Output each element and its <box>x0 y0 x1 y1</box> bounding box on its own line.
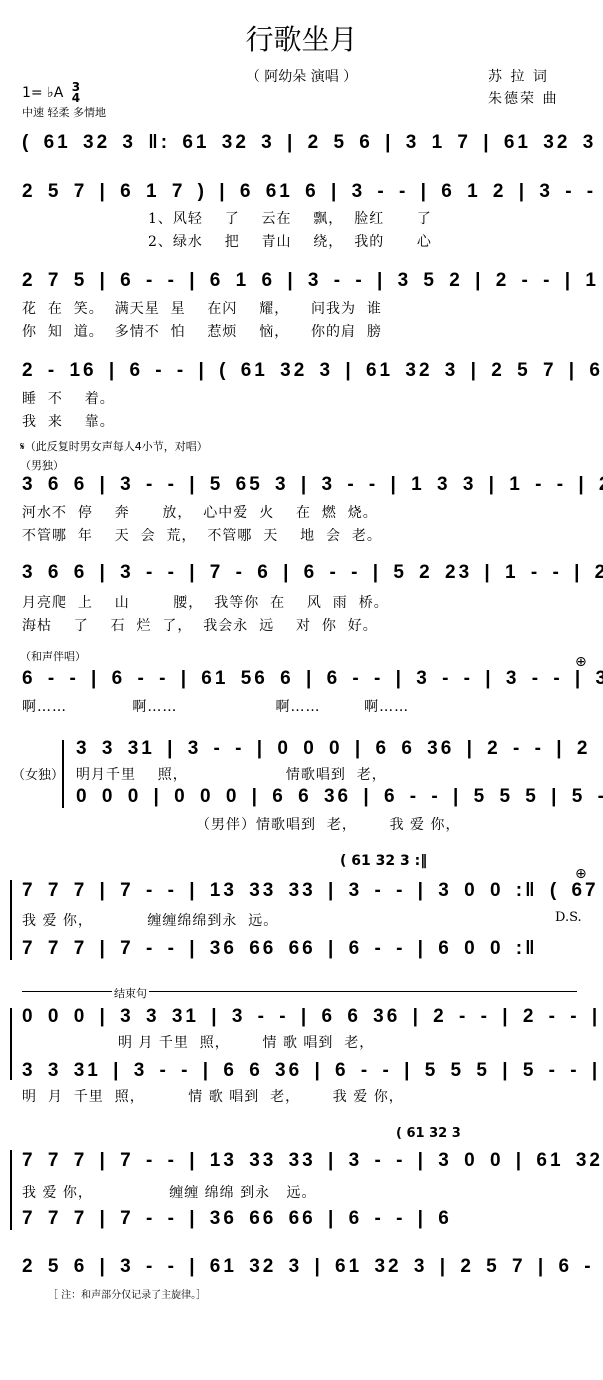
notes: 2 7 5 | 6 - - | 6 1 6 | 3 - - | 3 5 2 | … <box>22 270 593 292</box>
system-10-upper: 0 0 0 | 3 3 31 | 3 - - | 6 6 36 | 2 - - … <box>0 1006 603 1032</box>
song-title: 行歌坐月 <box>0 18 603 58</box>
composer: 朱德荣 曲 <box>488 88 558 108</box>
lyrics-verse-2: 海枯 了 石 烂 了， 我会永 远 对 你 好。 <box>22 615 378 635</box>
lyrics-lower: （男伴）情歌唱到 老， 我 爱 你， <box>196 814 461 834</box>
lyrics-verse-2: 你 知 道。 多情不 怕 惹烦 恼， 你的肩 膀 <box>22 321 382 341</box>
footnote: ［ 注：和声部分仅记录了主旋律。］ <box>48 1286 206 1301</box>
lyrics-upper: 我 爱 你， 缠缠 绵绵 到永 远。 <box>22 1182 316 1202</box>
system-6: 3 6 6 | 3 - - | 7 - 6 | 6 - - | 5 2 23 |… <box>0 562 603 588</box>
key: 1= ♭A <box>22 85 63 101</box>
system-8-lower: 0 0 0 | 0 0 0 | 6 6 36 | 6 - - | 5 5 5 |… <box>0 786 603 812</box>
lyricist: 苏 拉 词 <box>488 66 549 86</box>
system-10-lower: 3 3 31 | 3 - - | 6 6 36 | 6 - - | 5 5 5 … <box>0 1060 603 1086</box>
system-4: 2 - 16 | 6 - - | ( 61 32 3 | 61 32 3 | 2… <box>0 360 603 386</box>
system-9-lower: 7 7 7 | 7 - - | 36 66 66 | 6 - - | 6 0 0… <box>0 938 603 964</box>
notes: 3 3 31 | 3 - - | 6 6 36 | 6 - - | 5 5 5 … <box>22 1060 593 1082</box>
lyrics-verse-2: 不管哪 年 天 会 荒， 不管哪 天 地 会 老。 <box>22 525 382 545</box>
voice-label: （和声伴唱） <box>20 648 86 664</box>
key-signature: 1= ♭A 3 4 <box>22 82 80 104</box>
notes: 7 7 7 | 7 - - | 13 33 33 | 3 - - | 3 0 0… <box>22 880 593 902</box>
notes: 0 0 0 | 3 3 31 | 3 - - | 6 6 36 | 2 - - … <box>22 1006 593 1028</box>
lyrics-verse-2: 2、绿水 把 青山 绕， 我的 心 <box>148 231 432 251</box>
system-11-lower: 7 7 7 | 7 - - | 36 66 66 | 6 - - | 6 <box>0 1208 603 1234</box>
ossia: ( 61 32 3 <box>396 1126 461 1141</box>
notes: 7 7 7 | 7 - - | 36 66 66 | 6 - - | 6 <box>22 1208 593 1230</box>
system-1: ( 61 32 3 ‖: 61 32 3 | 2 5 6 | 3 1 7 | 6… <box>0 132 603 158</box>
notes: 3 6 6 | 3 - - | 7 - 6 | 6 - - | 5 2 23 |… <box>22 562 593 584</box>
lyrics-verse-1: 河水不 停 奔 放， 心中爱 火 在 燃 烧。 <box>22 502 378 522</box>
lyrics-lower: 明 月 千里 照， 情 歌 唱到 老， 我 爱 你， <box>22 1086 404 1106</box>
notes: 3 3 31 | 3 - - | 0 0 0 | 6 6 36 | 2 - - … <box>76 738 593 760</box>
lyrics: 啊…… 啊…… 啊…… 啊…… <box>22 696 409 716</box>
system-2: 2 5 7 | 6 1 7 ) | 6 61 6 | 3 - - | 6 1 2… <box>0 181 603 207</box>
system-9-upper: 7 7 7 | 7 - - | 13 33 33 | 3 - - | 3 0 0… <box>0 880 603 906</box>
ending-bracket <box>22 991 577 992</box>
notes: 6 - - | 6 - - | 61 56 6 | 6 - - | 3 - - … <box>22 668 593 690</box>
lyrics-verse-1: 睡 不 着。 <box>22 388 115 408</box>
ending-label: 结束句 <box>112 985 149 1001</box>
lyrics-upper: 明 月 千里 照， 情 歌 唱到 老， <box>118 1032 374 1052</box>
system-3: 2 7 5 | 6 - - | 6 1 6 | 3 - - | 3 5 2 | … <box>0 270 603 296</box>
lyrics-verse-1: 月亮爬 上 山 腰， 我等你 在 风 雨 桥。 <box>22 592 389 612</box>
notes: 2 5 6 | 3 - - | 61 32 3 | 61 32 3 | 2 5 … <box>22 1256 593 1278</box>
notes: 7 7 7 | 7 - - | 13 33 33 | 3 - - | 3 0 0… <box>22 1150 593 1172</box>
system-12: 2 5 6 | 3 - - | 61 32 3 | 61 32 3 | 2 5 … <box>0 1256 603 1282</box>
system-7: 6 - - | 6 - - | 61 56 6 | 6 - - | 3 - - … <box>0 668 603 694</box>
tempo-marking: 中速 轻柔 多情地 <box>22 104 106 120</box>
time-signature: 3 4 <box>72 82 80 104</box>
notes: ( 61 32 3 ‖: 61 32 3 | 2 5 6 | 3 1 7 | 6… <box>22 132 593 154</box>
voice-label: （男独） <box>20 457 64 473</box>
notes: 2 - 16 | 6 - - | ( 61 32 3 | 61 32 3 | 2… <box>22 360 593 382</box>
lyrics-upper: 我 爱 你， 缠缠绵绵到永 远。 <box>22 910 278 930</box>
notes: 0 0 0 | 0 0 0 | 6 6 36 | 6 - - | 5 5 5 |… <box>76 786 593 808</box>
system-8-upper: 3 3 31 | 3 - - | 0 0 0 | 6 6 36 | 2 - - … <box>0 738 603 764</box>
lyrics-upper: 明月千里 照， 情歌唱到 老， <box>76 764 387 784</box>
system-11-upper: 7 7 7 | 7 - - | 13 33 33 | 3 - - | 3 0 0… <box>0 1150 603 1176</box>
segno-annotation: 𝄋（此反复时男女声每人4小节，对唱） <box>20 438 208 454</box>
lyrics-verse-2: 我 来 靠。 <box>22 411 115 431</box>
lyrics-verse-1: 1、风轻 了 云在 飘， 脸红 了 <box>148 208 432 228</box>
lyrics-verse-1: 花 在 笑。 满天星 星 在闪 耀， 问我为 谁 <box>22 298 382 318</box>
system-5: 3 6 6 | 3 - - | 5 65 3 | 3 - - | 1 3 3 |… <box>0 474 603 500</box>
notes: 3 6 6 | 3 - - | 5 65 3 | 3 - - | 1 3 3 |… <box>22 474 593 496</box>
voice-label: （女独） <box>12 764 64 783</box>
ossia: ( 61 32 3 :‖ <box>340 853 427 869</box>
notes: 7 7 7 | 7 - - | 36 66 66 | 6 - - | 6 0 0… <box>22 938 593 960</box>
notes: 2 5 7 | 6 1 7 ) | 6 61 6 | 3 - - | 6 1 2… <box>22 181 593 203</box>
ds-marking: D.S. <box>555 910 582 925</box>
